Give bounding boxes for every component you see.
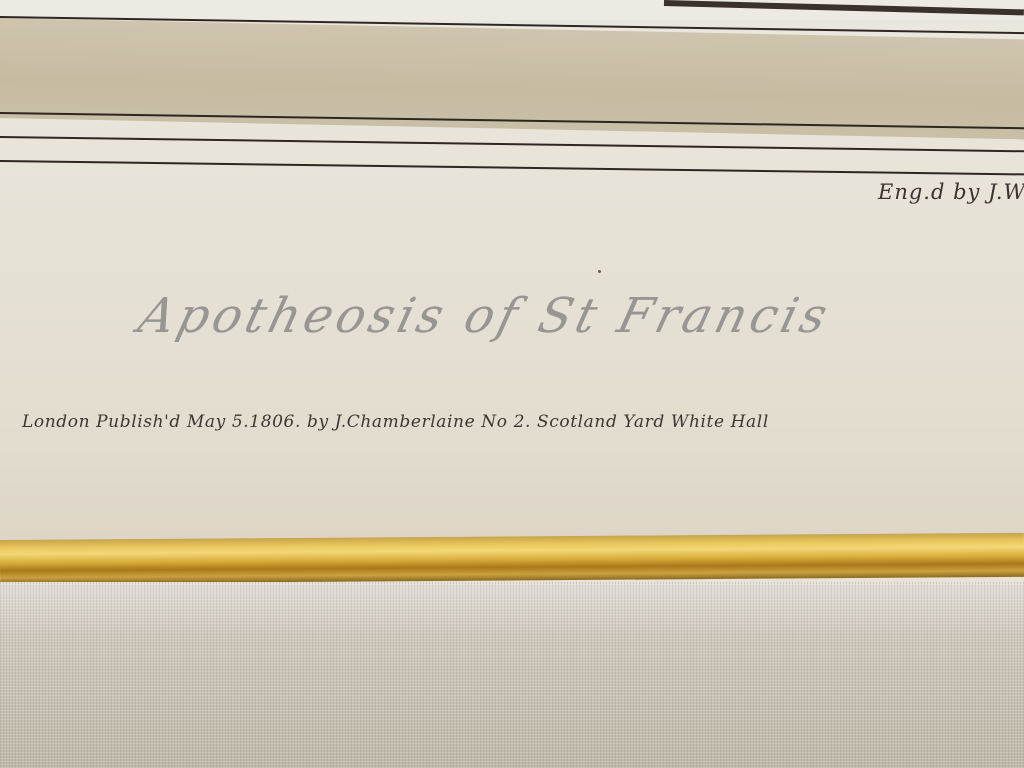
engraver-credit: Eng.d by J.W	[878, 180, 1024, 204]
foxing-spot	[598, 270, 601, 273]
photo-scene: Eng.d by J.W Apotheosis of St Francis Lo…	[0, 0, 1024, 768]
linen-mat	[0, 582, 1024, 768]
border-rule	[0, 136, 1024, 153]
print-paper: Eng.d by J.W Apotheosis of St Francis Lo…	[0, 0, 1024, 560]
pencil-title: Apotheosis of St Francis	[133, 288, 837, 344]
border-rule	[0, 160, 1024, 176]
publisher-imprint: London Publish'd May 5.1806. by J.Chambe…	[22, 412, 769, 432]
gilt-frame-edge	[0, 533, 1024, 584]
